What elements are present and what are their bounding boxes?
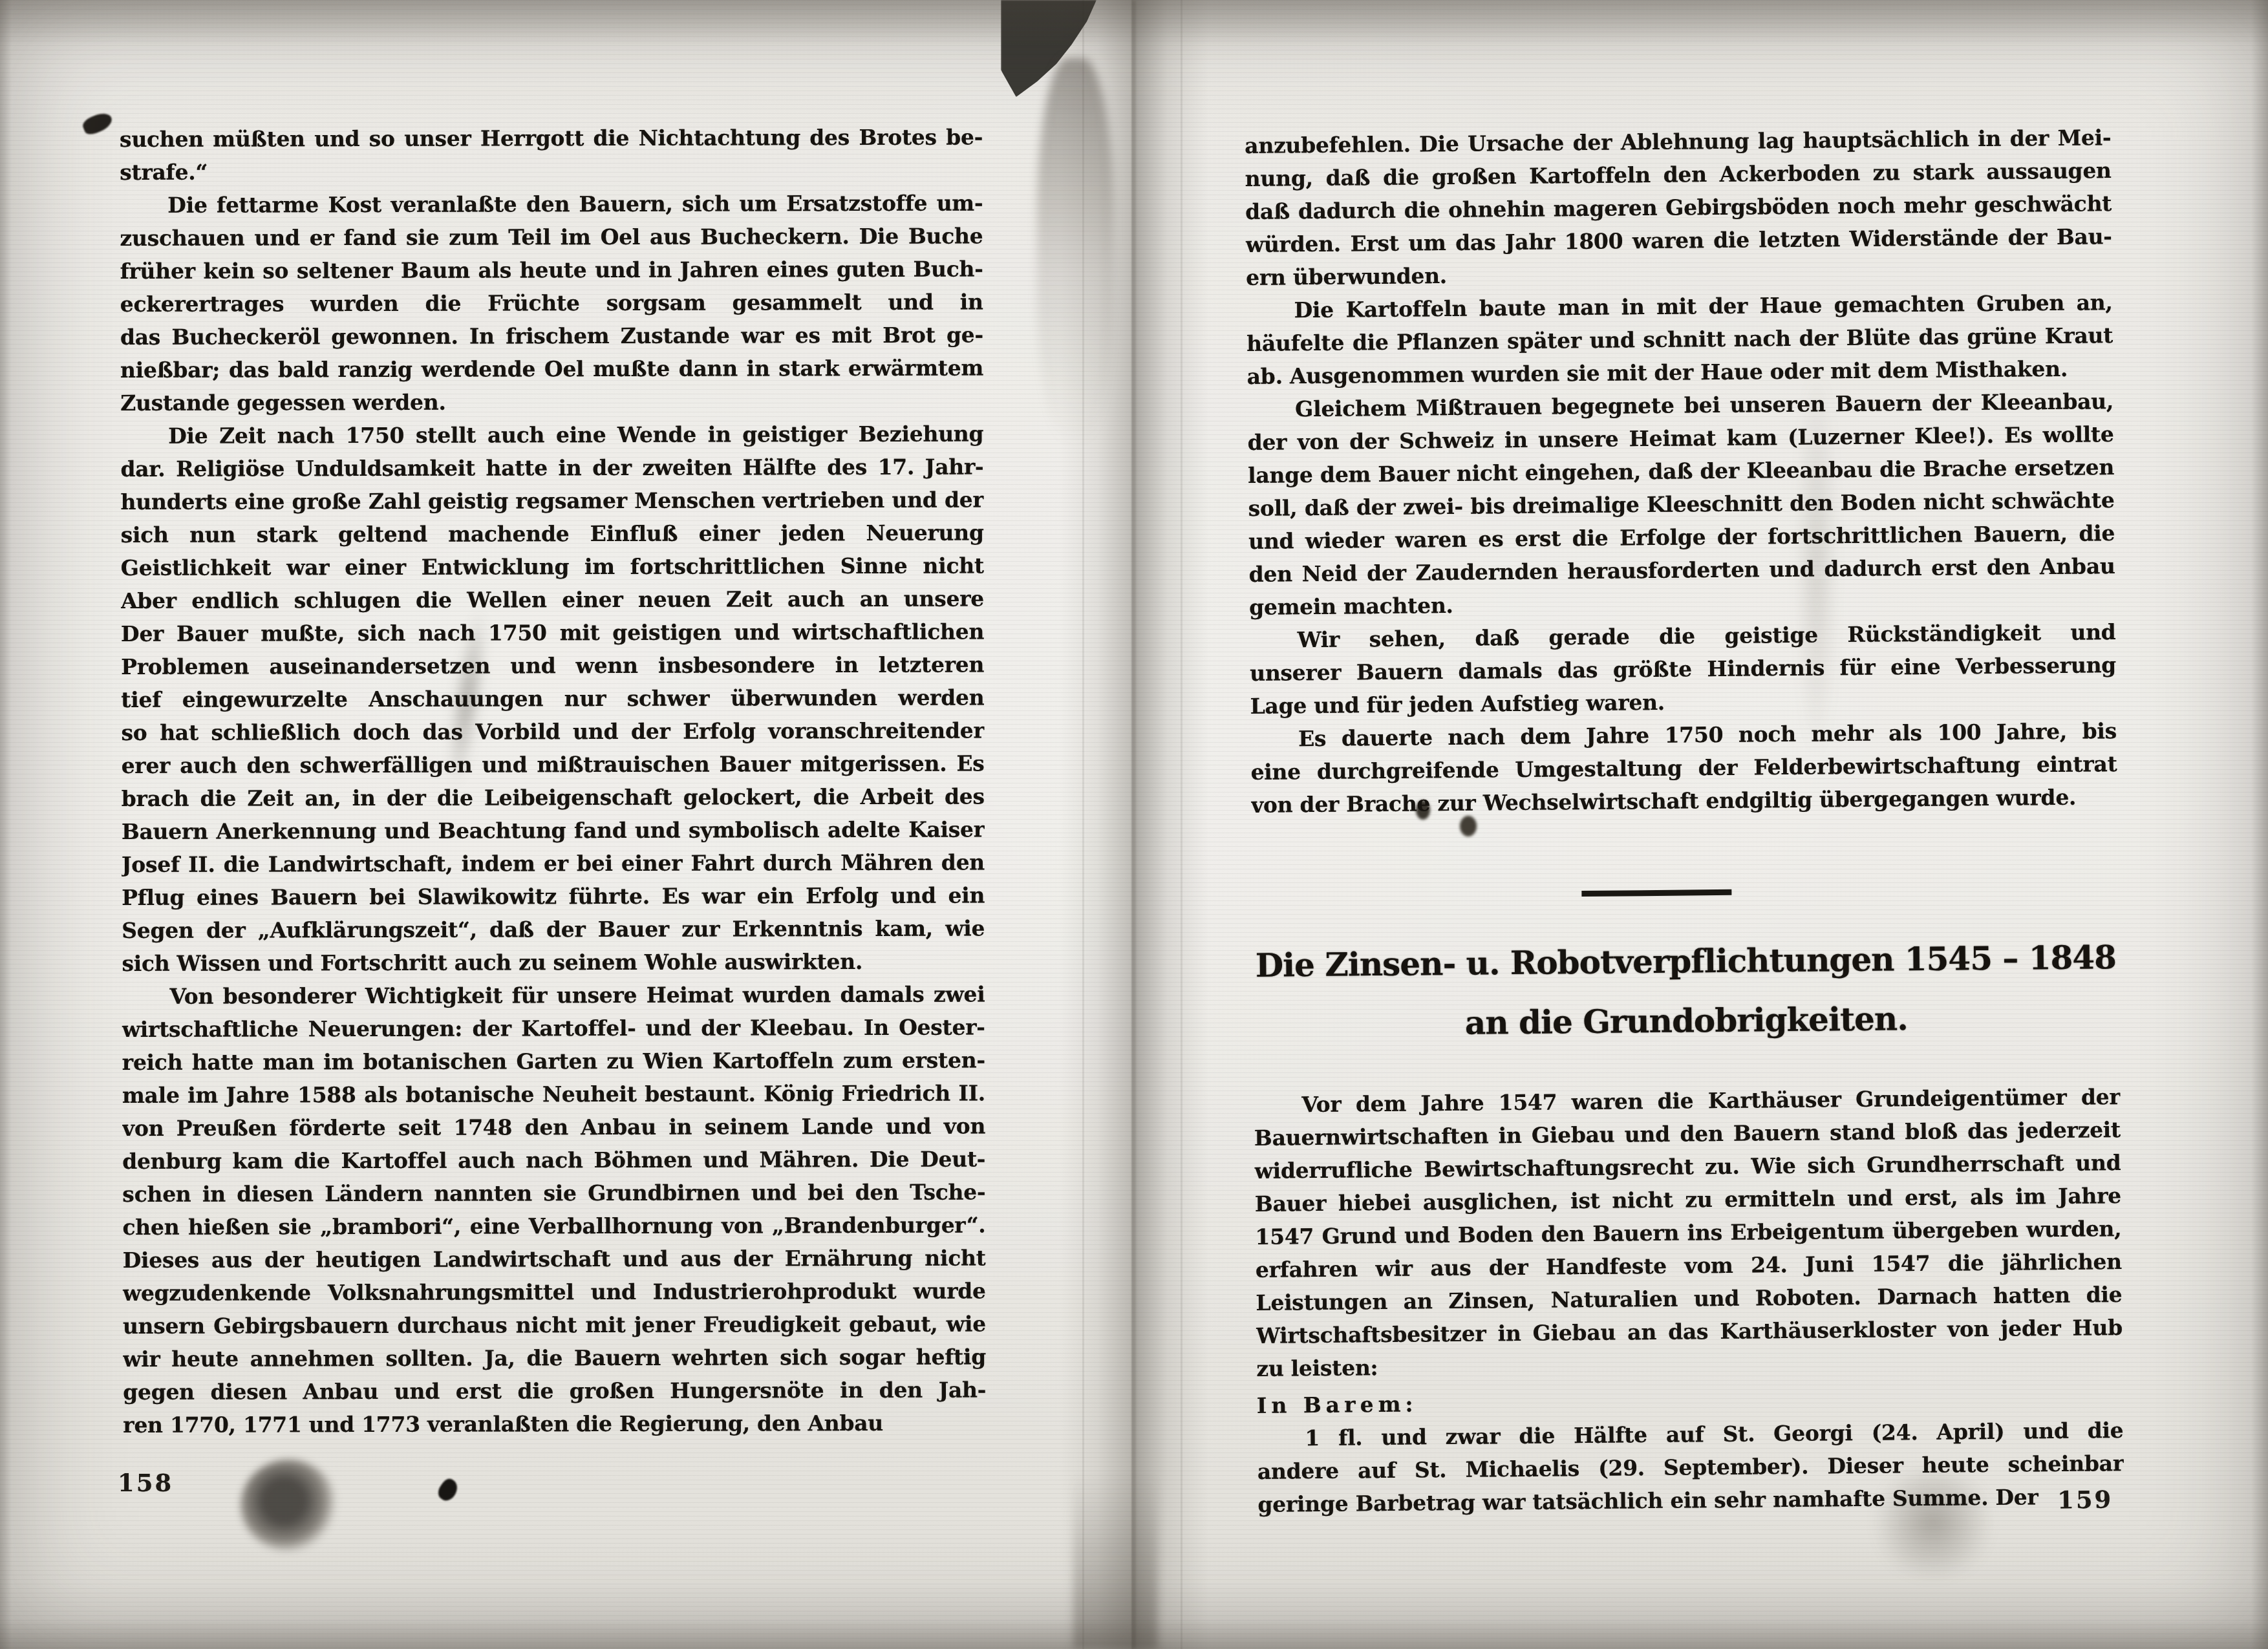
text-line: Dieses aus der heutigen Landwirtschaft u… [123, 1241, 986, 1276]
text-line: dar. Religiöse Unduldsamkeit hatte in de… [120, 451, 983, 485]
text-line: wegzudenkende Volksnahrungsmittel und In… [123, 1274, 986, 1309]
paragraph: Vor dem Jahre 1547 waren die Karthäuser … [1254, 1080, 2123, 1385]
text-line: das Bucheckeröl gewonnen. In frischem Zu… [120, 319, 983, 354]
text-line: male im Jahre 1588 als botanische Neuhei… [122, 1076, 985, 1111]
paragraph: suchen müßten und so unser Herrgott die … [120, 121, 983, 189]
text-line: Segen der „Aufklärungszeit“, daß der Bau… [122, 912, 985, 947]
paragraph: Die Kartoffeln baute man in mit der Haue… [1246, 286, 2113, 393]
gutter-crease-bottom [1073, 1474, 1157, 1649]
section-heading: Die Zinsen- u. Robotverpflichtungen 1545… [1252, 928, 2120, 1055]
text-line: Pflug eines Bauern bei Slawikowitz führt… [122, 879, 985, 914]
text-line: brach die Zeit an, in der die Leibeigens… [122, 780, 985, 815]
text-line: eckerertrages wurden die Früchte sorgsam… [120, 286, 983, 321]
text-line: hunderts eine große Zahl geistig regsame… [120, 484, 983, 518]
right-page-text: anzubefehlen. Die Ursache der Ablehnung … [1245, 121, 2124, 1521]
paragraph: Es dauerte nach dem Jahre 1750 noch mehr… [1250, 714, 2117, 822]
paragraph: Von besonderer Wichtigkeit für unsere He… [122, 978, 986, 1442]
text-line: schen in diesen Ländern nannten sie Grun… [122, 1175, 985, 1210]
page-number-right: 159 [2057, 1485, 2113, 1515]
text-line: Von besonderer Wichtigkeit für unsere He… [122, 978, 985, 1013]
book-spread-scan: suchen müßten und so unser Herrgott die … [0, 0, 2268, 1649]
paragraph: Die fettarme Kost veranlaßte den Bauern,… [120, 187, 983, 420]
section-divider-rule [1581, 889, 1731, 897]
text-line: sich Wissen und Fortschritt auch zu sein… [122, 945, 985, 980]
text-line: tief eingewurzelte Anschauungen nur schw… [121, 681, 984, 716]
section-heading-line1: Die Zinsen- u. Robotverpflichtungen 1545… [1252, 928, 2119, 995]
text-line: wirtschaftliche Neuerungen: der Kartoffe… [122, 1011, 985, 1046]
paragraph: Gleichem Mißtrauen begegnete bei unseren… [1247, 385, 2115, 624]
ink-mark [81, 110, 114, 136]
text-line: reich hatte man im botanischen Garten zu… [122, 1044, 985, 1079]
text-line: chen hießen sie „brambori“, eine Verball… [122, 1208, 985, 1243]
text-line: erer auch den schwerfälligen und mißtrau… [122, 747, 985, 782]
text-line: Josef II. die Landwirtschaft, indem er b… [122, 846, 985, 881]
page-number-left: 158 [118, 1469, 173, 1497]
paragraph: Die Zeit nach 1750 stellt auch eine Wend… [120, 418, 985, 980]
paragraph: 1 fl. und zwar die Hälfte auf St. Georgi… [1257, 1414, 2124, 1521]
text-line: Die fettarme Kost veranlaßte den Bauern,… [120, 187, 983, 222]
text-line: Zustande gegessen werden. [120, 385, 983, 420]
text-line: Der Bauer mußte, sich nach 1750 mit geis… [121, 615, 984, 650]
text-line: Bauern Anerkennung und Beachtung fand un… [122, 813, 985, 848]
text-line: sich nun stark geltend machende Einfluß … [121, 516, 984, 551]
ink-mark [435, 1476, 462, 1504]
paragraph: anzubefehlen. Die Ursache der Ablehnung … [1245, 121, 2112, 294]
text-line: früher kein so seltener Baum als heute u… [120, 253, 983, 288]
text-line: ren 1770, 1771 und 1773 veranlaßten die … [123, 1406, 986, 1441]
section-heading-line2: an die Grundobrigkeiten. [1253, 987, 2120, 1055]
text-line: Geistlichkeit war einer Entwicklung im f… [121, 549, 984, 584]
text-line: Aber endlich schlugen die Wellen einer n… [121, 582, 984, 617]
text-line: Die Zeit nach 1750 stellt auch eine Wend… [120, 418, 983, 452]
left-page-text: suchen müßten und so unser Herrgott die … [120, 121, 986, 1442]
text-line: unsern Gebirgsbauern durchaus nicht mit … [123, 1307, 986, 1342]
gutter-shadow [1037, 58, 1113, 446]
text-line: von Preußen förderte seit 1748 den Anbau… [122, 1109, 985, 1144]
text-line: denburg kam die Kartoffel auch nach Böhm… [122, 1142, 985, 1177]
text-line: so hat schließlich doch das Vorbild und … [121, 714, 984, 749]
paragraph: Wir sehen, daß gerade die geistige Rücks… [1249, 615, 2116, 723]
ink-stain [241, 1460, 337, 1551]
text-line: suchen müßten und so unser Herrgott die … [120, 121, 983, 156]
text-line: gegen diesen Anbau und erst die großen H… [123, 1373, 986, 1408]
text-line: zuschauen und er fand sie zum Teil im Oe… [120, 220, 983, 255]
text-line: wir heute annehmen sollten. Ja, die Baue… [123, 1340, 986, 1375]
text-line: Problemen auseinandersetzen und wenn ins… [121, 648, 984, 683]
text-line: nießbar; das bald ranzig werdende Oel mu… [120, 352, 983, 387]
text-line: strafe.“ [120, 154, 983, 189]
